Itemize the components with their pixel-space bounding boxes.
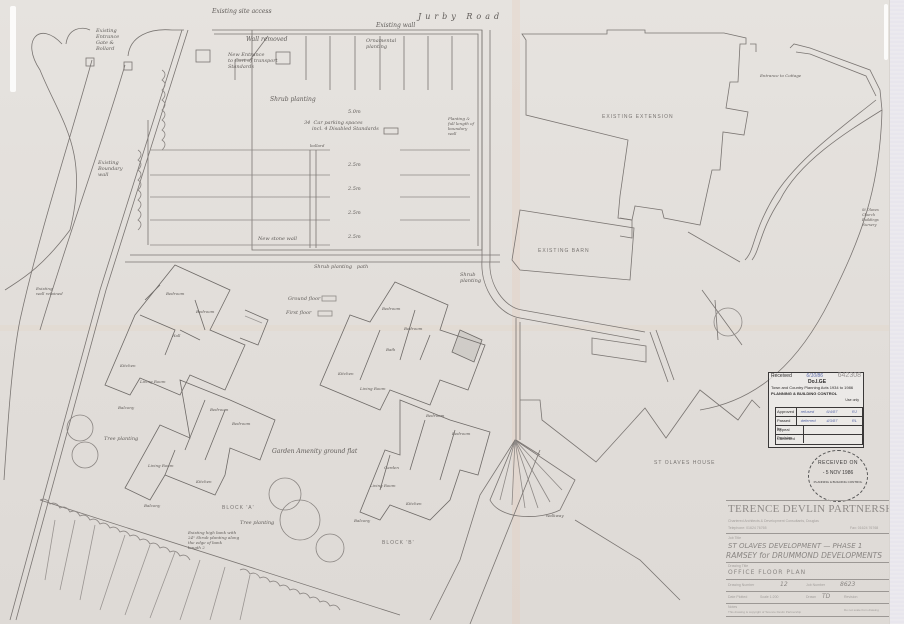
note-ornamental-planting: Ornamental planting — [366, 38, 396, 50]
stamp-row: Passed fordeferred4/3/87RL — [776, 417, 862, 426]
note-existing-entrance-gate: Existing Entrance Gate & Bollard — [96, 28, 119, 52]
room-label-kitchen: Kitchen — [120, 362, 136, 369]
drawing-sheet: Jurby Road Existing site access Existing… — [0, 0, 904, 624]
firm-address: Chartered Architects & Development Consu… — [728, 519, 819, 523]
note-walkway: walkway — [546, 512, 564, 519]
note-boundary-bank: Existing high bank with 24" Shrub planti… — [188, 530, 239, 550]
note-boundary-wall-retained: Existing wall retained — [36, 286, 63, 296]
copyright-note: This drawing is copyright of Terence Dev… — [728, 610, 801, 614]
glare-reflection — [10, 6, 16, 92]
stamp-received-label: Received — [771, 373, 792, 379]
note-existing-boundary-wall: Existing Boundary wall — [98, 160, 123, 178]
label-block-a: BLOCK 'A' — [222, 505, 255, 511]
job-title-line2: RAMSEY for DRUMMOND DEVELOPMENTS — [726, 551, 882, 560]
stamp-ref: 642308 — [838, 373, 861, 379]
note-retaining-wall: Planting & full length of boundary wall — [448, 116, 474, 136]
glare-reflection — [884, 4, 888, 60]
title-block: TERENCE DEVLIN PARTNERSHIP Chartered Arc… — [726, 498, 894, 620]
block-b-plan — [320, 282, 490, 520]
south-boundary — [40, 500, 400, 615]
job-number: 8623 — [840, 581, 855, 588]
stamp-row: Cancelled — [776, 435, 862, 443]
existing-extension-outline — [522, 30, 748, 225]
room-label-bedroom: Bedroom — [426, 412, 444, 419]
firm-fax: Fax: 01624 76768 — [850, 526, 878, 530]
drawing-title: OFFICE FLOOR PLAN — [728, 569, 806, 576]
room-label-living-room: Living Room — [148, 462, 174, 469]
job-number-label: Job Number — [806, 583, 825, 587]
room-label-kitchen: Kitchen — [196, 478, 212, 485]
received-on-label: RECEIVED ON — [809, 460, 867, 466]
received-on-stamp: RECEIVED ON - 5 NOV 1986 PLANNING & BUIL… — [808, 450, 868, 502]
north-arrow — [702, 290, 742, 345]
note-first-floor: First floor — [286, 310, 311, 317]
job-title-label: Job Title — [728, 536, 741, 540]
drawn-by: TD — [822, 593, 830, 600]
drawing-number-label: Drawing Number — [728, 583, 754, 587]
note-ground-floor: Ground floor — [288, 296, 320, 303]
received-on-date: - 5 NOV 1986 — [809, 470, 867, 476]
note-dim-2-5m: 2.5m — [348, 186, 361, 193]
revision-label: Revision — [844, 595, 857, 599]
room-label-living-room: Living Room — [360, 385, 386, 392]
room-label-bath: Bath — [386, 346, 396, 353]
drawing-title-label: Drawing Title — [728, 564, 748, 568]
room-label-bedroom: Bedroom — [232, 420, 250, 427]
notes-label: Notes — [728, 605, 737, 609]
note-shrub-planting: Shrub planting — [270, 96, 316, 103]
stamp-use-only: Use only — [769, 397, 863, 403]
label-st-olaves-house: ST OLAVES HOUSE — [654, 460, 716, 466]
scale-label: Scale 1:200 — [760, 595, 779, 599]
road-name: Jurby Road — [418, 12, 503, 21]
note-entrance-to-cottage: Entrance to Cottage — [760, 72, 801, 79]
drawing-number: 12 — [780, 581, 788, 588]
note-new-stone-wall: New stone wall — [258, 236, 297, 243]
date-plotted-label: Date Plotted — [728, 595, 747, 599]
existing-barn-outline — [512, 210, 634, 280]
note-st-olaves-church: St Olaves Church Buildings Nursery — [862, 208, 879, 228]
note-shrub-planting-path: Shrub planting path — [314, 264, 368, 271]
note-new-entrance: New Entrance to Cort of transport Standa… — [228, 52, 278, 70]
room-label-hall: Hall — [172, 332, 180, 339]
access-road-centre — [4, 60, 92, 480]
room-label-kitchen: Kitchen — [406, 500, 422, 507]
room-label-balcony: Balcony — [144, 502, 160, 509]
room-label-kitchen: Kitchen — [338, 370, 354, 377]
room-label-bedroom: Bedroom — [196, 308, 214, 315]
room-label-bedroom: Bedroom — [210, 406, 228, 413]
fan-stair — [490, 440, 575, 517]
note-dim-5m: 5.0m — [348, 109, 361, 116]
label-existing-extension: EXISTING EXTENSION — [602, 114, 674, 120]
note-dim-2-5m: 2.5m — [348, 234, 361, 241]
room-label-balcony: Balcony — [118, 404, 134, 411]
received-on-dept: PLANNING & BUILDING CONTROL — [809, 480, 867, 484]
church-access-road — [482, 30, 640, 340]
note-existing-site-access: Existing site access — [212, 8, 272, 15]
firm-name: TERENCE DEVLIN PARTNERSHIP — [728, 503, 904, 515]
room-label-bedroom: Bedroom — [382, 305, 400, 312]
dims-note: Do not scale from drawing — [844, 608, 879, 612]
room-label-living-room: Living Room — [370, 482, 396, 489]
label-block-b: BLOCK 'B' — [382, 540, 415, 546]
boundary-wall — [10, 30, 182, 620]
room-label-bedroom: Bedroom — [404, 325, 422, 332]
room-label-bedroom: Bedroom — [166, 290, 184, 297]
st-olaves-house-outline — [520, 390, 760, 462]
stamp-decision-table: Approvedrefused6/4/87RJ Passed fordeferr… — [775, 407, 863, 445]
note-tree-planting: Tree planting — [240, 520, 274, 527]
stamp-row: Appeal Decision — [776, 426, 862, 435]
note-garden-amenity: Garden Amenity ground flat — [272, 448, 357, 455]
note-bollard: bollard — [310, 142, 324, 149]
scanner-edge-strip — [889, 0, 904, 624]
drawn-label: Drawn — [806, 595, 816, 599]
label-existing-barn: EXISTING BARN — [538, 248, 590, 254]
planning-stamp: Received 6/10/86 642308 Do.I.GE Town and… — [768, 372, 864, 448]
note-shrub-planting-right: Shrub planting — [460, 272, 481, 284]
note-car-parking: 34 Car parking spaces incl. 4 Disabled S… — [304, 120, 379, 132]
room-label-balcony: Balcony — [354, 517, 370, 524]
room-label-bedroom: Bedroom — [452, 430, 470, 437]
note-dim-2-5m: 2.5m — [348, 162, 361, 169]
note-dim-2-5m: 2.5m — [348, 210, 361, 217]
block-a-plan — [105, 265, 275, 500]
note-tree-planting: Tree planting — [104, 436, 138, 443]
firm-telephone: Telephone: 01624 76765 — [728, 526, 767, 530]
job-title-line1: ST OLAVES DEVELOPMENT — PHASE 1 — [728, 542, 862, 550]
room-label-living-room: Living Room — [140, 378, 166, 385]
stamp-row: Approvedrefused6/4/87RJ — [776, 408, 862, 417]
note-wall-removed: Wall removed — [246, 36, 287, 43]
room-label-garden: Garden — [384, 464, 399, 471]
note-existing-wall: Existing wall — [376, 22, 415, 29]
